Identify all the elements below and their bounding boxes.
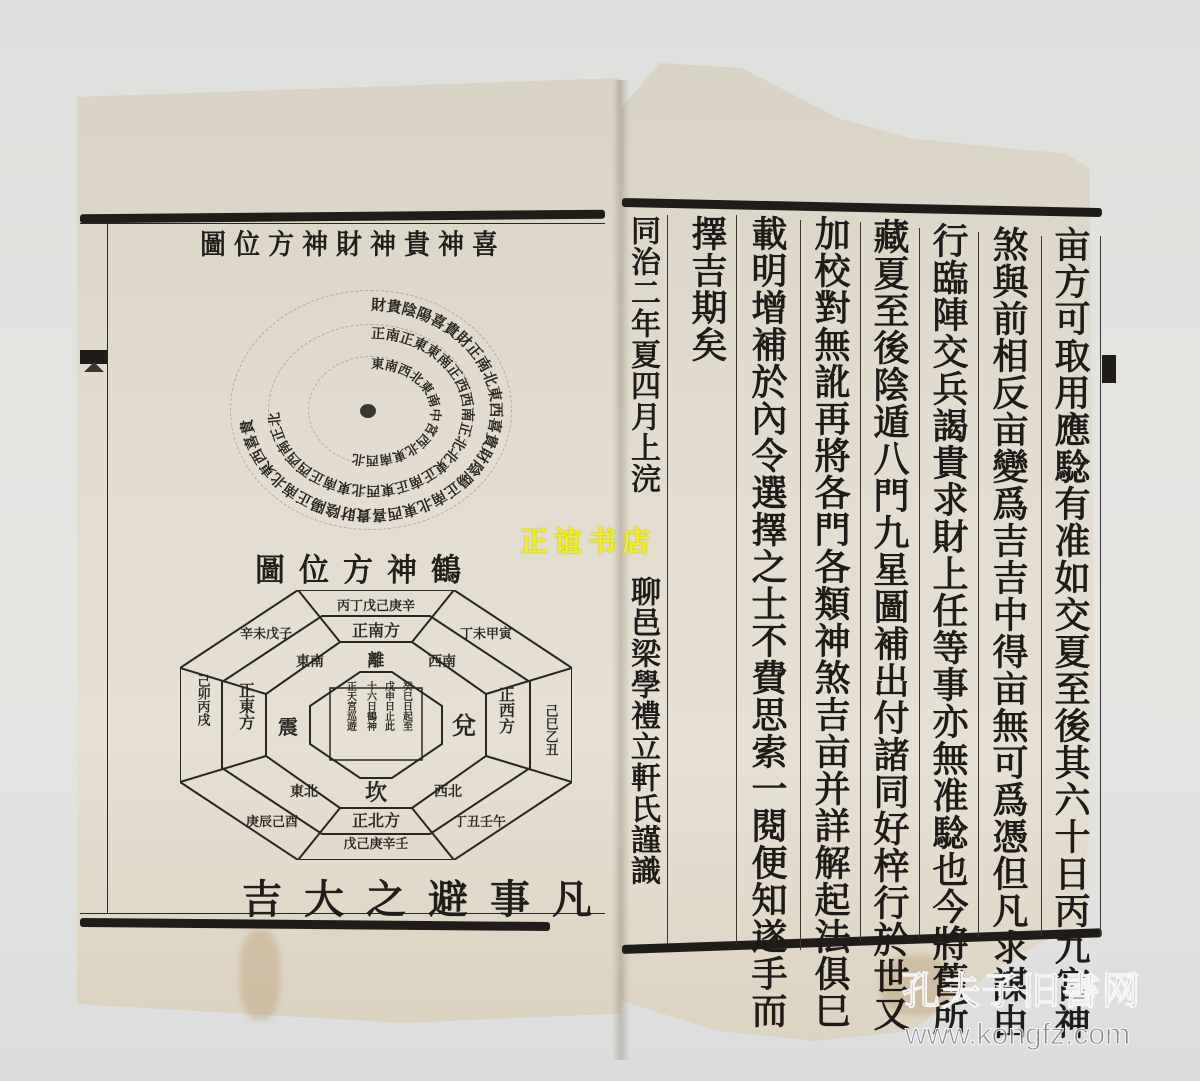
crane-god-octagon-diagram: 丙丁戊己庚辛 正南方 戊己庚辛壬 正北方 己巳乙丑 正西方 己卯丙戌 正東方 丁…	[180, 590, 572, 860]
svg-text:東南: 東南	[296, 653, 324, 670]
svg-text:正北方: 正北方	[352, 811, 400, 830]
svg-text:震: 震	[278, 715, 298, 739]
column-rule	[1041, 236, 1042, 936]
text-column-5: 加校對無訛再將各門各類神煞吉亩并詳解起法俱巳	[805, 215, 855, 1029]
svg-text:戊申日止此: 戊申日止此	[383, 680, 395, 732]
text-column-2: 煞與前相反亩變爲吉吉中得亩無可爲憑但凡求謀由	[983, 226, 1033, 1040]
text-column-6: 載明增補於內令選擇之士不費思索一閱便知遂手而	[742, 215, 792, 1029]
svg-text:西南: 西南	[428, 653, 456, 670]
svg-text:正西方: 正西方	[497, 686, 516, 735]
svg-text:丁丑壬午: 丁丑壬午	[454, 814, 506, 830]
svg-text:丙丁戊己庚辛: 丙丁戊己庚辛	[337, 598, 415, 614]
signature-column: 聊邑梁學禮立軒氏謹識	[622, 576, 662, 886]
svg-text:丁未甲寅: 丁未甲寅	[460, 626, 513, 642]
frame-line	[107, 224, 108, 914]
date-column: 同治二年夏四月上浣	[622, 215, 662, 494]
column-rule	[919, 228, 920, 938]
svg-text:正南方: 正南方	[352, 621, 400, 640]
watermark-url: www.kongfz.com	[905, 1018, 1130, 1052]
column-rule	[736, 215, 737, 945]
svg-text:兌: 兌	[452, 711, 476, 740]
column-rule	[978, 232, 979, 937]
column-rule	[800, 220, 801, 950]
svg-text:坎: 坎	[365, 780, 387, 806]
svg-text:離: 離	[368, 650, 385, 671]
text-column-3: 行臨陣交兵謁貴求財上任等事亦無准騐也今將舊所	[923, 222, 973, 1036]
column-rule	[1100, 236, 1101, 936]
text-column-4: 藏夏至後陰遁八門九星圖補出付諸同好梓行於世又	[864, 218, 914, 1032]
svg-text:己巳乙丑: 己巳乙丑	[543, 704, 559, 756]
figure1-title: 圖位方神財神貴神喜	[200, 223, 506, 262]
watermark-site-name: 孔夫子旧書网	[902, 960, 1142, 1015]
fishtail-marker-point	[84, 362, 104, 372]
column-rule	[860, 222, 861, 942]
footer-caption: 吉大之避事凡	[242, 868, 614, 925]
figure2-title: 圖位方神鶴	[255, 544, 475, 590]
svg-text:東南西北東南中宮西北東南西北: 東南西北東南中宮西北東南西北	[351, 356, 443, 468]
fishtail-marker	[1102, 355, 1116, 383]
circular-direction-diagram: 財貴陰陽喜貴財正南北東西喜貴財陰陽正南北東西喜貴財陰陽正南北東西喜貴 正南正東東…	[230, 290, 512, 530]
svg-text:東北: 東北	[290, 783, 318, 800]
bookshop-stamp-overlay: 正谊书店	[520, 520, 656, 560]
svg-text:正南正東東南正西西南正北北東正南正東西北東南正西西南正北: 正南正東東南正西西南正北北東正南正東西北東南正西西南正北	[267, 326, 477, 499]
svg-text:庚辰己酉: 庚辰己酉	[246, 814, 298, 830]
column-rule	[667, 215, 668, 945]
svg-text:正東方: 正東方	[237, 682, 256, 731]
water-stain	[240, 930, 280, 1020]
svg-text:戊己庚辛壬: 戊己庚辛壬	[343, 836, 408, 852]
svg-text:己卯丙戌: 己卯丙戌	[195, 674, 211, 727]
octagon-svg: 丙丁戊己庚辛 正南方 戊己庚辛壬 正北方 己巳乙丑 正西方 己卯丙戌 正東方 丁…	[180, 590, 572, 860]
text-column-1: 亩方可取用應騐有准如交夏至後其六十日丙九宮神	[1045, 226, 1095, 1040]
svg-text:辛未戊子: 辛未戊子	[240, 626, 292, 642]
ring-text-pattern: 財貴陰陽喜貴財正南北東西喜貴財陰陽正南北東西喜貴財陰陽正南北東西喜貴 正南正東東…	[230, 290, 512, 530]
svg-text:西北: 西北	[434, 784, 462, 800]
svg-text:癸巳日起至: 癸巳日起至	[401, 680, 413, 731]
text-column-7: 擇吉期矣	[682, 215, 732, 363]
